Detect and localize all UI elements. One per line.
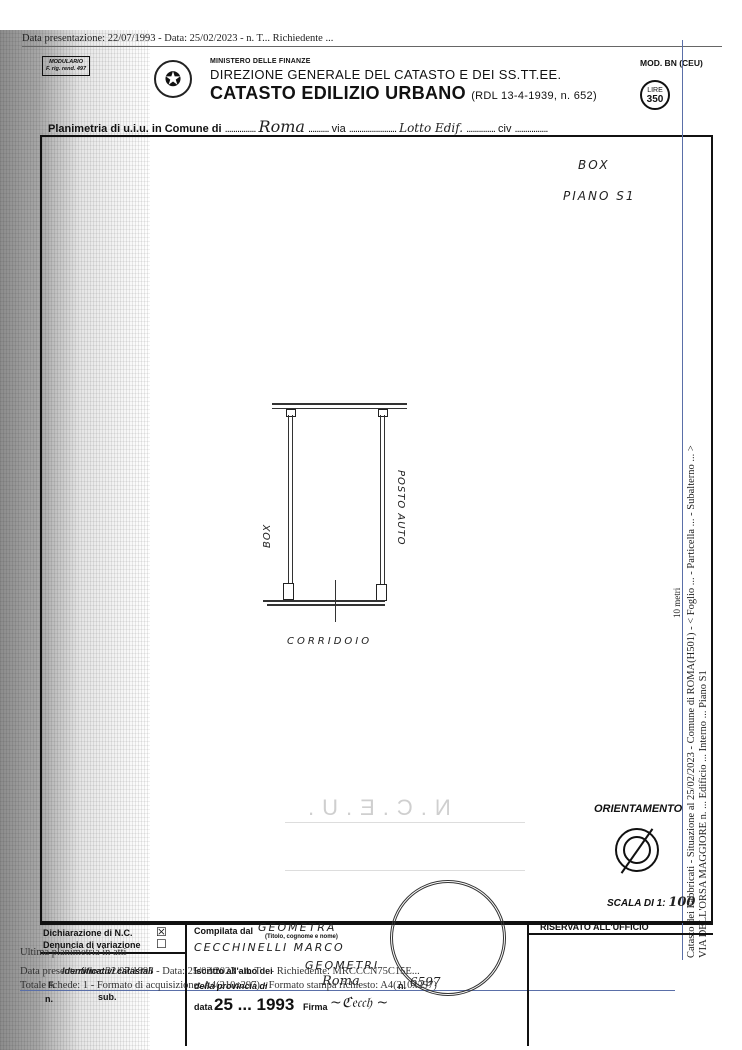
data-label: data [194, 1002, 213, 1012]
lire-label: LIRE [647, 87, 663, 94]
official-stamp [390, 880, 506, 996]
wall-right [380, 415, 385, 585]
side-stamp-line2: VIA DELL'ORSA MAGGIORE n. ... Edificio .… [698, 670, 709, 958]
pillar [376, 584, 387, 601]
lire-badge: LIRE 350 [640, 80, 670, 110]
wall-top [272, 403, 407, 405]
orientamento-label: ORIENTAMENTO [594, 803, 682, 815]
label-corridoio: CORRIDOIO [287, 636, 372, 647]
riservato-label: RISERVATO ALL'UFFICIO [540, 922, 649, 932]
faded-line [285, 822, 525, 823]
firma-label: Firma [303, 1002, 328, 1012]
comune-value: Roma [259, 117, 305, 136]
modulano-ref: F. rig. rend. 497 [46, 66, 86, 73]
header-divider [22, 46, 722, 47]
compass-icon [615, 828, 659, 872]
nome-value: CECCHINELLI MARCO [194, 941, 345, 954]
data-value: 25 ... 1993 [214, 995, 294, 1015]
catasto-ref: (RDL 13-4-1939, n. 652) [471, 90, 597, 102]
ministry-label: MINISTERO DELLE FINANZE [210, 58, 311, 65]
overlay-data-presentazione: Data presentazione: 22/07/1993 - Data: 2… [20, 966, 420, 977]
titolo-hint: (Titolo, cognome e nome) [265, 934, 338, 940]
title-box: BOX [578, 158, 610, 172]
via-value: Lotto Edif. [399, 121, 463, 135]
catasto-name: CATASTO EDILIZIO URBANO [210, 83, 466, 103]
scala-text: SCALA DI 1: [607, 898, 666, 909]
pillar [283, 583, 294, 600]
faded-stamp: N.C.E.U. [300, 795, 451, 821]
planimetria-label: Planimetria di u.i.u. in Comune di [48, 123, 222, 135]
mod-code: MOD. BN (CEU) [640, 58, 703, 68]
scala-label: SCALA DI 1: 100 [607, 895, 695, 910]
footer-divider-2 [527, 921, 529, 1046]
numero-label: n. [45, 994, 53, 1004]
side-stamp-line1: Catasto dei Fabbricati - Situazione al 2… [686, 445, 697, 958]
denuncia-checkbox[interactable]: ☐ [156, 937, 167, 951]
dichiarazione-label: Dichiarazione di N.C. [43, 928, 133, 938]
title-piano: PIANO S1 [563, 189, 635, 203]
italian-republic-emblem-icon: ✪ [154, 60, 192, 98]
planimetria-line: Planimetria di u.i.u. in Comune di .....… [48, 117, 708, 136]
overlay-ultima: Ultima planimetria in atti [20, 947, 126, 958]
overlay-totale: Totale schede: 1 - Formato di acquisizio… [20, 980, 437, 991]
catasto-title: CATASTO EDILIZIO URBANO (RDL 13-4-1939, … [210, 83, 597, 104]
side-stamp-scale: 10 metri [672, 588, 682, 618]
via-label: via [332, 123, 346, 135]
signature: ~ℭ𝔢𝔠𝔠𝔥 ~ [330, 995, 388, 1011]
scan-guide-line [682, 40, 683, 960]
wall-bottom [263, 600, 385, 602]
modulano-box: MODULARIO F. rig. rend. 497 [42, 56, 90, 76]
label-posto-auto: POSTO AUTO [395, 470, 406, 546]
civ-label: civ [498, 123, 511, 135]
section-tick [335, 580, 336, 622]
wall-bottom-inner [267, 604, 385, 606]
compilata-label: Compilata dal [194, 926, 253, 936]
label-box: BOX [262, 524, 273, 548]
sub-label: sub. [98, 992, 117, 1002]
compilata-value: GEOMETRA [258, 921, 336, 934]
wall-left [288, 415, 293, 585]
faded-line [285, 870, 525, 871]
lire-value: 350 [642, 95, 668, 104]
direzione-title: DIREZIONE GENERALE DEL CATASTO E DEI SS.… [210, 67, 561, 82]
footer-right-rule [527, 933, 713, 935]
header-bar-text: Data presentazione: 22/07/1993 - Data: 2… [22, 33, 333, 44]
modulano-label: MODULARIO [46, 59, 86, 66]
